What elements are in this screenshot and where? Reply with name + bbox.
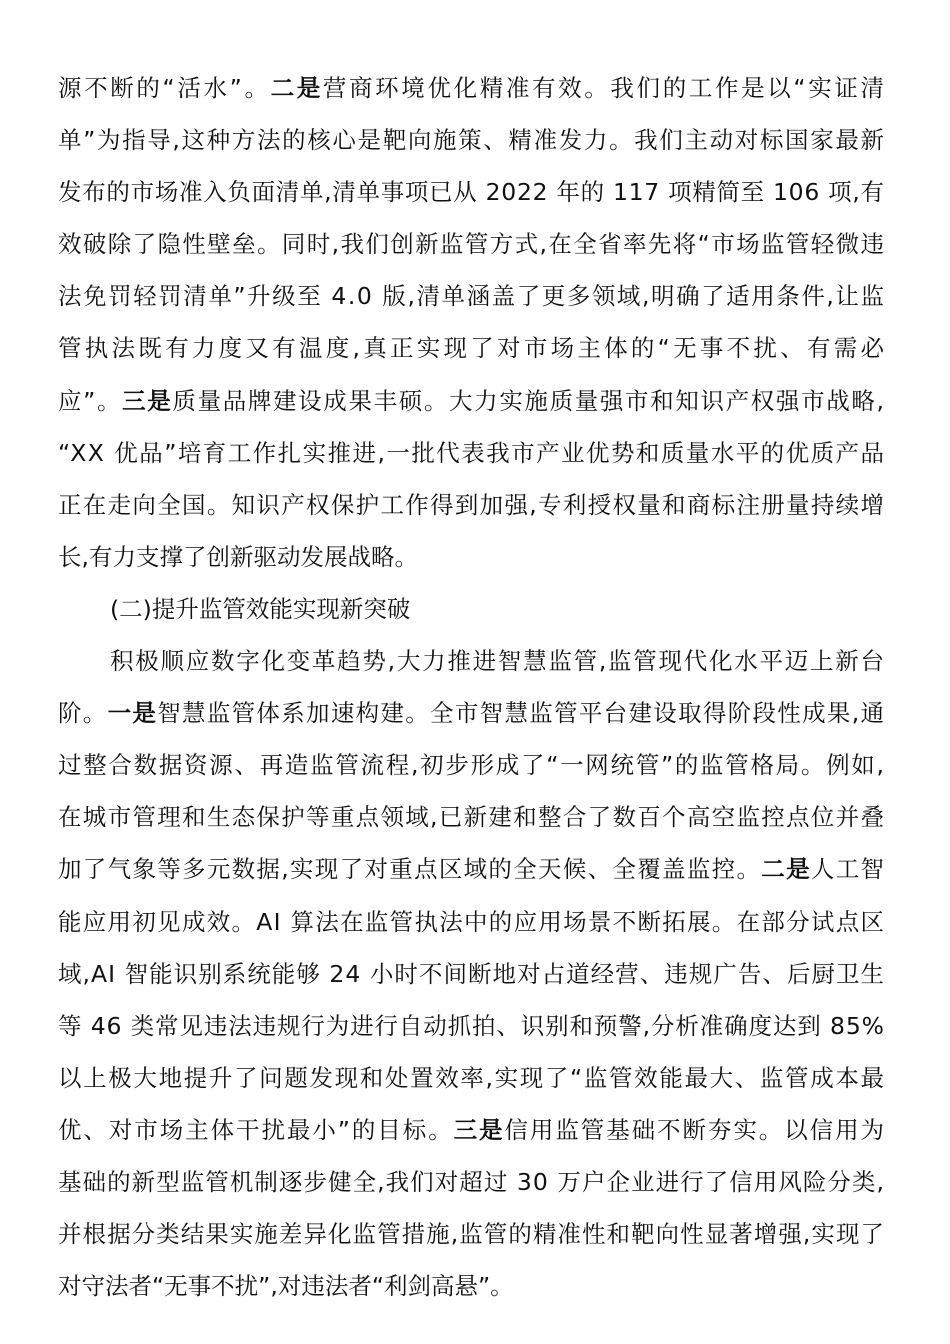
paragraph-line: 应”。三是质量品牌建设成果丰硕。大力实施质量强市和知识产权强市战略, <box>58 375 884 427</box>
line-text: 管执法既有力度又有温度,真正实现了对市场主体的“无事不扰、有需必 <box>58 322 887 374</box>
text-run: 基础的新型监管机制逐步健全,我们对超过 30 万户企业进行了信用风险分类, <box>58 1168 885 1196</box>
paragraph-line: 以上极大地提升了问题发现和处置效率,实现了“监管效能最大、监管成本最 <box>58 1052 884 1104</box>
line-text: “XX 优品”培育工作扎实推进,一批代表我市产业优势和质量水平的优质产品 <box>58 427 885 479</box>
text-run: 效破除了隐性壁垒。同时,我们创新监管方式,在全省率先将“市场监管轻微违 <box>58 230 885 258</box>
line-text: 加了气象等多元数据,实现了对重点区域的全天候、全覆盖监控。二是人工智 <box>58 843 885 895</box>
paragraph-line: 发布的市场准入负面清单,清单事项已从 2022 年的 117 项精简至 106 … <box>58 166 884 218</box>
text-run: 智慧监管体系加速构建。全市智慧监管平台建设取得阶段性成果,通 <box>157 699 885 727</box>
paragraph-line: 管执法既有力度又有温度,真正实现了对市场主体的“无事不扰、有需必 <box>58 322 884 374</box>
line-text: 单”为指导,这种方法的核心是靶向施策、精准发力。我们主动对标国家最新 <box>58 114 886 166</box>
text-run: 营商环境优化精准有效。我们的工作是以“实证清 <box>323 74 887 102</box>
text-run: 长,有力支撑了创新驱动发展战略。 <box>58 543 418 571</box>
paragraph-line: 法免罚轻罚清单”升级至 4.0 版,清单涵盖了更多领域,明确了适用条件,让监 <box>58 270 884 322</box>
emphasis-label: 二是 <box>761 855 811 883</box>
text-run: 管执法既有力度又有温度,真正实现了对市场主体的“无事不扰、有需必 <box>58 334 887 362</box>
emphasis-label: 三是 <box>122 387 172 415</box>
paragraph-line: 对守法者“无事不扰”,对违法者“利剑高悬”。 <box>58 1260 884 1312</box>
text-run: 域,AI 智能识别系统能够 24 小时不间断地对占道经营、违规广告、后厨卫生 <box>58 960 885 988</box>
section-heading: (二)提升监管效能实现新突破 <box>58 583 884 635</box>
emphasis-label: 三是 <box>454 1116 505 1144</box>
text-run: 人工智 <box>811 855 885 883</box>
emphasis-label: 一是 <box>108 699 158 727</box>
paragraph-line: “XX 优品”培育工作扎实推进,一批代表我市产业优势和质量水平的优质产品 <box>58 427 884 479</box>
text-run: 正在走向全国。知识产权保护工作得到加强,专利授权量和商标注册量持续增 <box>58 491 885 519</box>
line-text: 能应用初见成效。AI 算法在监管执法中的应用场景不断拓展。在部分试点区 <box>58 896 885 948</box>
text-run: 对守法者“无事不扰”,对违法者“利剑高悬”。 <box>58 1272 514 1300</box>
paragraph-line: 并根据分类结果实施差异化监管措施,监管的精准性和靶向性显著增强,实现了 <box>58 1208 884 1260</box>
document-page: 源不断的“活水”。二是营商环境优化精准有效。我们的工作是以“实证清单”为指导,这… <box>58 62 884 1312</box>
paragraph-line: 加了气象等多元数据,实现了对重点区域的全天候、全覆盖监控。二是人工智 <box>58 843 884 895</box>
line-text: 优、对市场主体干扰最小”的目标。三是信用监管基础不断夯实。以信用为 <box>58 1104 886 1156</box>
text-run: 加了气象等多元数据,实现了对重点区域的全天候、全覆盖监控。 <box>58 855 761 883</box>
line-text: 长,有力支撑了创新驱动发展战略。 <box>58 531 884 583</box>
text-run: 过整合数据资源、再造监管流程,初步形成了“一网统管”的监管格局。例如, <box>58 751 886 779</box>
paragraph-line: 过整合数据资源、再造监管流程,初步形成了“一网统管”的监管格局。例如, <box>58 739 884 791</box>
text-run: 发布的市场准入负面清单,清单事项已从 2022 年的 117 项精简至 106 … <box>58 178 885 206</box>
paragraph-line: 优、对市场主体干扰最小”的目标。三是信用监管基础不断夯实。以信用为 <box>58 1104 884 1156</box>
paragraph-line: 等 46 类常见违法违规行为进行自动抓拍、识别和预警,分析准确度达到 85% <box>58 1000 884 1052</box>
paragraph-line: 积极顺应数字化变革趋势,大力推进智慧监管,监管现代化水平迈上新台 <box>58 635 884 687</box>
text-run: 阶。 <box>58 699 108 727</box>
text-run: 能应用初见成效。AI 算法在监管执法中的应用场景不断拓展。在部分试点区 <box>58 908 885 936</box>
paragraph-line: 正在走向全国。知识产权保护工作得到加强,专利授权量和商标注册量持续增 <box>58 479 884 531</box>
text-run: 优、对市场主体干扰最小”的目标。 <box>58 1116 454 1144</box>
paragraph-line: 基础的新型监管机制逐步健全,我们对超过 30 万户企业进行了信用风险分类, <box>58 1156 884 1208</box>
line-text: 过整合数据资源、再造监管流程,初步形成了“一网统管”的监管格局。例如, <box>58 739 886 791</box>
text-run: 积极顺应数字化变革趋势,大力推进智慧监管,监管现代化水平迈上新台 <box>110 647 886 675</box>
line-text: 基础的新型监管机制逐步健全,我们对超过 30 万户企业进行了信用风险分类, <box>58 1156 885 1208</box>
line-text: 正在走向全国。知识产权保护工作得到加强,专利授权量和商标注册量持续增 <box>58 479 885 531</box>
text-run: 应”。 <box>58 387 122 415</box>
text-run: 信用监管基础不断夯实。以信用为 <box>504 1116 885 1144</box>
text-run: 并根据分类结果实施差异化监管措施,监管的精准性和靶向性显著增强,实现了 <box>58 1220 885 1248</box>
text-run: “XX 优品”培育工作扎实推进,一批代表我市产业优势和质量水平的优质产品 <box>58 439 885 467</box>
line-text: 等 46 类常见违法违规行为进行自动抓拍、识别和预警,分析准确度达到 85% <box>58 1000 885 1052</box>
text-run: 以上极大地提升了问题发现和处置效率,实现了“监管效能最大、监管成本最 <box>58 1064 886 1092</box>
text-run: 单”为指导,这种方法的核心是靶向施策、精准发力。我们主动对标国家最新 <box>58 126 886 154</box>
text-run: 源不断的“活水”。 <box>58 74 271 102</box>
paragraph-line: 长,有力支撑了创新驱动发展战略。 <box>58 531 884 583</box>
line-text: 以上极大地提升了问题发现和处置效率,实现了“监管效能最大、监管成本最 <box>58 1052 886 1104</box>
line-text: 并根据分类结果实施差异化监管措施,监管的精准性和靶向性显著增强,实现了 <box>58 1208 885 1260</box>
line-text: 域,AI 智能识别系统能够 24 小时不间断地对占道经营、违规广告、后厨卫生 <box>58 948 885 1000</box>
text-run: 质量品牌建设成果丰硕。大力实施质量强市和知识产权强市战略, <box>172 387 885 415</box>
paragraph-line: 域,AI 智能识别系统能够 24 小时不间断地对占道经营、违规广告、后厨卫生 <box>58 948 884 1000</box>
line-text: 积极顺应数字化变革趋势,大力推进智慧监管,监管现代化水平迈上新台 <box>110 635 886 687</box>
line-text: 法免罚轻罚清单”升级至 4.0 版,清单涵盖了更多领域,明确了适用条件,让监 <box>58 270 886 322</box>
paragraph-line: 能应用初见成效。AI 算法在监管执法中的应用场景不断拓展。在部分试点区 <box>58 896 884 948</box>
emphasis-label: 二是 <box>271 74 323 102</box>
paragraph-line: 单”为指导,这种方法的核心是靶向施策、精准发力。我们主动对标国家最新 <box>58 114 884 166</box>
line-text: 对守法者“无事不扰”,对违法者“利剑高悬”。 <box>58 1260 884 1312</box>
line-text: 应”。三是质量品牌建设成果丰硕。大力实施质量强市和知识产权强市战略, <box>58 375 886 427</box>
text-run: 在城市管理和生态保护等重点领域,已新建和整合了数百个高空监控点位并叠 <box>58 803 885 831</box>
line-text: 源不断的“活水”。二是营商环境优化精准有效。我们的工作是以“实证清 <box>58 62 887 114</box>
paragraph-line: 效破除了隐性壁垒。同时,我们创新监管方式,在全省率先将“市场监管轻微违 <box>58 218 884 270</box>
paragraph-line: 在城市管理和生态保护等重点领域,已新建和整合了数百个高空监控点位并叠 <box>58 791 884 843</box>
line-text: 效破除了隐性壁垒。同时,我们创新监管方式,在全省率先将“市场监管轻微违 <box>58 218 885 270</box>
paragraph-line: 阶。一是智慧监管体系加速构建。全市智慧监管平台建设取得阶段性成果,通 <box>58 687 884 739</box>
text-run: 等 46 类常见违法违规行为进行自动抓拍、识别和预警,分析准确度达到 85% <box>58 1012 885 1040</box>
text-run: 法免罚轻罚清单”升级至 4.0 版,清单涵盖了更多领域,明确了适用条件,让监 <box>58 282 886 310</box>
text-run: (二)提升监管效能实现新突破 <box>110 595 410 623</box>
line-text: 阶。一是智慧监管体系加速构建。全市智慧监管平台建设取得阶段性成果,通 <box>58 687 885 739</box>
line-text: 发布的市场准入负面清单,清单事项已从 2022 年的 117 项精简至 106 … <box>58 166 885 218</box>
line-text: 在城市管理和生态保护等重点领域,已新建和整合了数百个高空监控点位并叠 <box>58 791 885 843</box>
line-text: (二)提升监管效能实现新突破 <box>110 583 884 635</box>
paragraph-line: 源不断的“活水”。二是营商环境优化精准有效。我们的工作是以“实证清 <box>58 62 884 114</box>
